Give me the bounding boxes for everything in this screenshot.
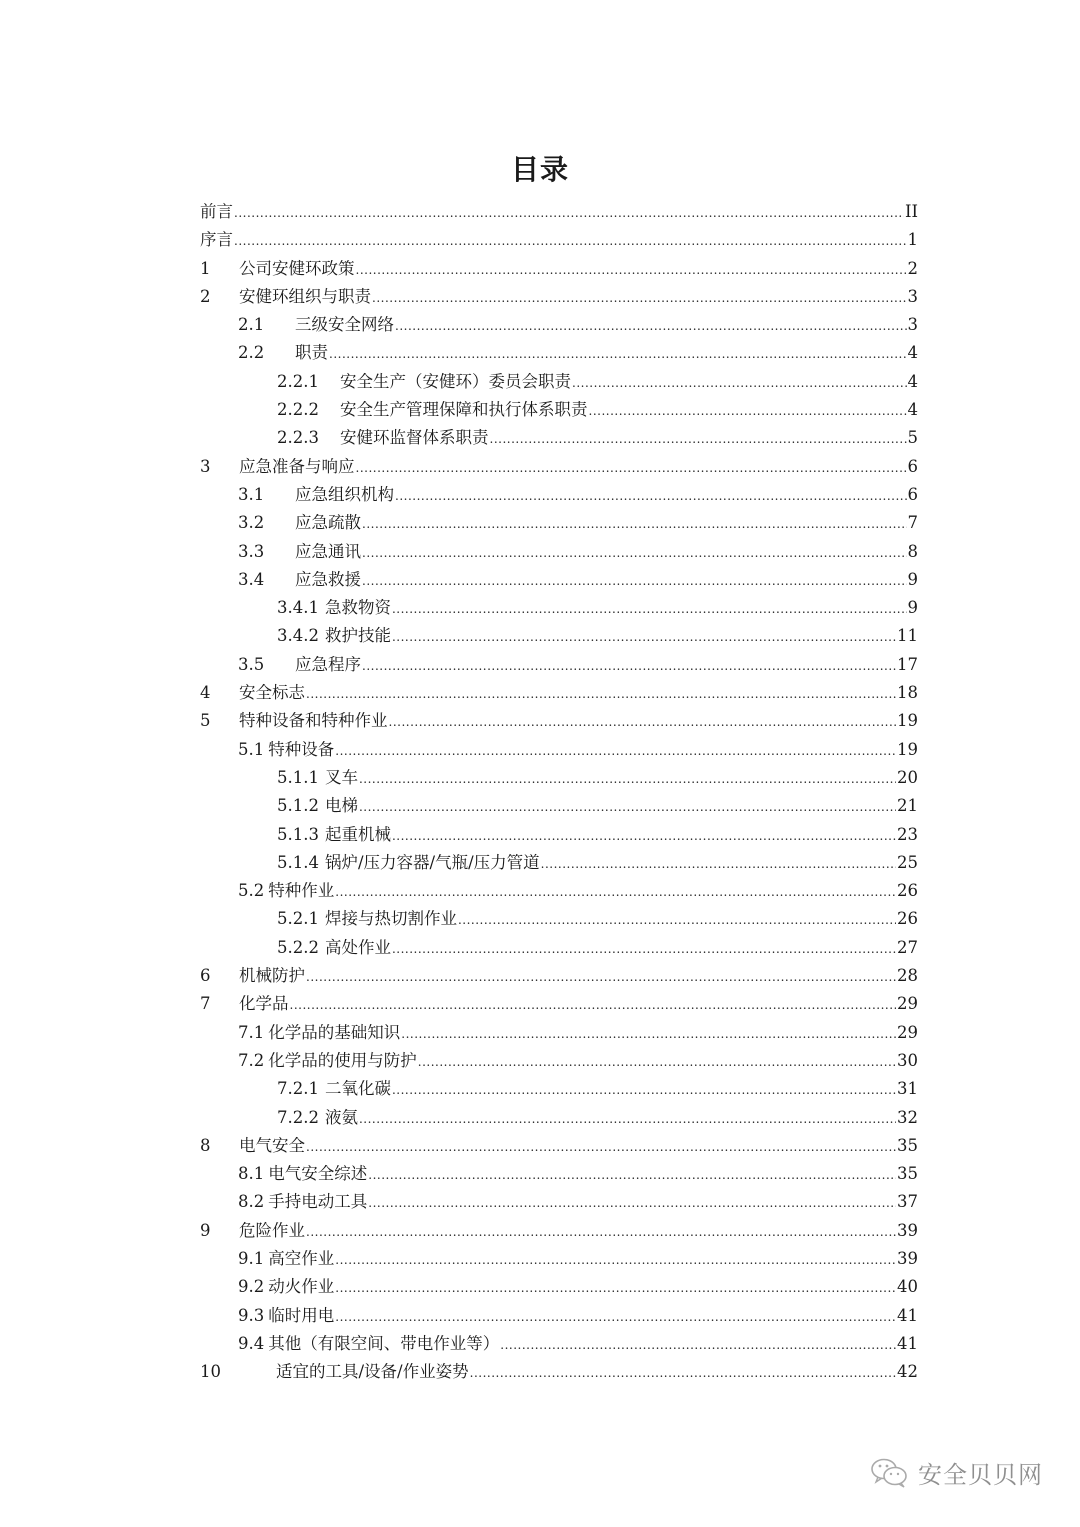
section-number: 7.2.1 — [277, 1079, 319, 1098]
toc-entry[interactable]: 2.2.2安全生产管理保障和执行体系职责4 — [200, 396, 918, 424]
dot-leader — [490, 428, 907, 447]
dot-leader — [401, 1023, 896, 1042]
section-title: 液氨 — [325, 1104, 358, 1128]
toc-entry[interactable]: 5特种设备和特种作业19 — [200, 707, 918, 735]
dot-leader — [306, 1221, 896, 1240]
section-title: 安全生产管理保障和执行体系职责 — [340, 396, 588, 420]
section-title: 电梯 — [325, 792, 358, 816]
page-number: 9 — [908, 570, 919, 589]
section-number: 2.2 — [238, 343, 295, 362]
dot-leader — [392, 825, 896, 844]
toc-entry[interactable]: 7.2.1二氧化碳31 — [200, 1075, 918, 1103]
section-number: 9.4 — [238, 1334, 264, 1353]
section-title: 应急准备与响应 — [239, 453, 355, 477]
section-number: 3.4.1 — [277, 598, 319, 617]
section-title: 起重机械 — [325, 821, 391, 845]
section-title: 安健环监督体系职责 — [340, 424, 489, 448]
page-number: 21 — [897, 796, 918, 815]
toc-entry[interactable]: 3应急准备与响应6 — [200, 453, 918, 481]
dot-leader — [392, 938, 896, 957]
page-number: 9 — [908, 598, 919, 617]
page-number: 26 — [897, 909, 918, 928]
section-title: 叉车 — [325, 764, 358, 788]
table-of-contents: 前言II序言11公司安健环政策22安健环组织与职责32.1三级安全网络32.2职… — [200, 198, 918, 1386]
toc-entry[interactable]: 3.5应急程序17 — [200, 651, 918, 679]
dot-leader — [572, 372, 907, 391]
toc-entry[interactable]: 3.3应急通讯8 — [200, 538, 918, 566]
toc-entry[interactable]: 2安健环组织与职责3 — [200, 283, 918, 311]
section-title: 化学品的基础知识 — [268, 1019, 400, 1043]
toc-entry[interactable]: 5.1.3起重机械23 — [200, 821, 918, 849]
toc-entry[interactable]: 7.1化学品的基础知识29 — [200, 1019, 918, 1047]
section-title: 应急程序 — [295, 651, 361, 675]
page-number: 3 — [908, 315, 919, 334]
watermark-text: 安全贝贝网 — [918, 1455, 1043, 1490]
wechat-icon — [870, 1457, 910, 1489]
page-number: 4 — [908, 372, 919, 391]
section-title: 危险作业 — [239, 1217, 305, 1241]
page-number: 35 — [897, 1164, 918, 1183]
dot-leader — [500, 1334, 896, 1353]
section-title: 电气安全 — [239, 1132, 305, 1156]
page-number: II — [905, 202, 918, 221]
section-title: 其他（有限空间、带电作业等） — [268, 1330, 499, 1354]
toc-entry[interactable]: 9.2动火作业40 — [200, 1273, 918, 1301]
section-number: 3.4 — [238, 570, 295, 589]
toc-entry[interactable]: 6机械防护28 — [200, 962, 918, 990]
page-number: 7 — [908, 513, 919, 532]
dot-leader — [356, 457, 907, 476]
page-number: 2 — [908, 259, 919, 278]
page-number: 1 — [908, 230, 919, 249]
section-number: 3 — [200, 457, 239, 476]
section-title: 化学品的使用与防护 — [268, 1047, 417, 1071]
page-number: 5 — [908, 428, 919, 447]
section-number: 9.3 — [238, 1306, 264, 1325]
page-title: 目录 — [0, 148, 1080, 188]
page-number: 25 — [897, 853, 918, 872]
section-number: 7.1 — [238, 1023, 264, 1042]
dot-leader — [335, 881, 896, 900]
page-number: 30 — [897, 1051, 918, 1070]
section-title: 电气安全综述 — [268, 1160, 367, 1184]
page-number: 17 — [897, 655, 918, 674]
dot-leader — [541, 853, 896, 872]
dot-leader — [392, 598, 907, 617]
section-title: 三级安全网络 — [295, 311, 394, 335]
page-number: 42 — [897, 1362, 918, 1381]
section-number: 1 — [200, 259, 239, 278]
section-title: 急救物资 — [325, 594, 391, 618]
section-number: 2.2.3 — [277, 428, 340, 447]
section-number: 2.1 — [238, 315, 295, 334]
section-number: 5.2.1 — [277, 909, 319, 928]
section-number: 9.2 — [238, 1277, 264, 1296]
page-number: 29 — [897, 994, 918, 1013]
dot-leader — [335, 1306, 896, 1325]
dot-leader — [359, 796, 896, 815]
page-number: 27 — [897, 938, 918, 957]
dot-leader — [306, 683, 896, 702]
watermark: 安全贝贝网 — [870, 1455, 1043, 1490]
section-title: 锅炉/压力容器/气瓶/压力管道 — [325, 849, 540, 873]
page-number: 31 — [897, 1079, 918, 1098]
section-number: 7.2.2 — [277, 1108, 319, 1127]
dot-leader — [329, 343, 907, 362]
page-number: 32 — [897, 1108, 918, 1127]
section-number: 3.2 — [238, 513, 295, 532]
page-number: 39 — [897, 1249, 918, 1268]
toc-entry[interactable]: 7化学品29 — [200, 990, 918, 1018]
dot-leader — [389, 711, 897, 730]
toc-entry[interactable]: 1公司安健环政策2 — [200, 255, 918, 283]
section-number: 9.1 — [238, 1249, 264, 1268]
section-number: 3.3 — [238, 542, 295, 561]
dot-leader — [335, 1277, 896, 1296]
dot-leader — [290, 994, 897, 1013]
section-title: 特种设备 — [268, 736, 334, 760]
section-title: 高处作业 — [325, 934, 391, 958]
dot-leader — [368, 1164, 896, 1183]
toc-entry[interactable]: 3.4应急救援9 — [200, 566, 918, 594]
dot-leader — [335, 1249, 896, 1268]
section-title: 应急救援 — [295, 566, 361, 590]
toc-entry[interactable]: 5.2.2高处作业27 — [200, 934, 918, 962]
toc-entry[interactable]: 9危险作业39 — [200, 1217, 918, 1245]
dot-leader — [372, 287, 907, 306]
dot-leader — [368, 1192, 896, 1211]
toc-entry[interactable]: 8.1电气安全综述35 — [200, 1160, 918, 1188]
section-title: 应急疏散 — [295, 509, 361, 533]
section-number: 4 — [200, 683, 239, 702]
section-title: 应急组织机构 — [295, 481, 394, 505]
section-title: 适宜的工具/设备/作业姿势 — [276, 1358, 469, 1382]
page-number: 6 — [908, 485, 919, 504]
page-number: 37 — [897, 1192, 918, 1211]
section-number: 5.1.4 — [277, 853, 319, 872]
section-title: 安健环组织与职责 — [239, 283, 371, 307]
section-title: 职责 — [295, 339, 328, 363]
toc-entry[interactable]: 前言II — [200, 198, 918, 226]
page-number: 23 — [897, 825, 918, 844]
section-number: 3.4.2 — [277, 626, 319, 645]
section-number: 5.2 — [238, 881, 264, 900]
toc-entry[interactable]: 2.2职责4 — [200, 339, 918, 367]
dot-leader — [362, 570, 907, 589]
toc-entry[interactable]: 序言1 — [200, 226, 918, 254]
toc-entry[interactable]: 5.1.2电梯21 — [200, 792, 918, 820]
toc-entry[interactable]: 5.1.4锅炉/压力容器/气瓶/压力管道25 — [200, 849, 918, 877]
dot-leader — [335, 740, 896, 759]
page-number: 18 — [897, 683, 918, 702]
dot-leader — [362, 655, 896, 674]
toc-entry[interactable]: 8.2手持电动工具37 — [200, 1188, 918, 1216]
toc-entry[interactable]: 8电气安全35 — [200, 1132, 918, 1160]
page-number: 39 — [897, 1221, 918, 1240]
section-title: 特种作业 — [268, 877, 334, 901]
dot-leader — [418, 1051, 896, 1070]
dot-leader — [470, 1362, 896, 1381]
toc-entry[interactable]: 9.3临时用电41 — [200, 1302, 918, 1330]
page-number: 19 — [897, 740, 918, 759]
dot-leader — [395, 485, 907, 504]
section-title: 公司安健环政策 — [239, 255, 355, 279]
section-title: 化学品 — [239, 990, 289, 1014]
toc-entry[interactable]: 10适宜的工具/设备/作业姿势42 — [200, 1358, 918, 1386]
page-number: 8 — [908, 542, 919, 561]
section-title: 焊接与热切割作业 — [325, 905, 457, 929]
page-number: 19 — [897, 711, 918, 730]
toc-entry[interactable]: 4安全标志18 — [200, 679, 918, 707]
page-number: 41 — [897, 1334, 918, 1353]
dot-leader — [458, 909, 896, 928]
section-number: 10 — [200, 1362, 276, 1381]
page-number: 29 — [897, 1023, 918, 1042]
section-title: 临时用电 — [268, 1302, 334, 1326]
toc-entry[interactable]: 3.2应急疏散7 — [200, 509, 918, 537]
section-number: 5 — [200, 711, 239, 730]
page-number: 4 — [908, 400, 919, 419]
section-title: 前言 — [200, 198, 233, 222]
section-number: 3.5 — [238, 655, 295, 674]
dot-leader — [306, 966, 896, 985]
section-number: 5.1.2 — [277, 796, 319, 815]
page-number: 35 — [897, 1136, 918, 1155]
page-number: 11 — [897, 626, 918, 645]
section-number: 5.1.1 — [277, 768, 319, 787]
page-number: 40 — [897, 1277, 918, 1296]
section-number: 5.1.3 — [277, 825, 319, 844]
section-number: 9 — [200, 1221, 239, 1240]
section-number: 7.2 — [238, 1051, 264, 1070]
toc-entry[interactable]: 5.2特种作业26 — [200, 877, 918, 905]
toc-entry[interactable]: 3.1应急组织机构6 — [200, 481, 918, 509]
dot-leader — [395, 315, 907, 334]
section-number: 2 — [200, 287, 239, 306]
section-number: 7 — [200, 994, 239, 1013]
section-title: 救护技能 — [325, 622, 391, 646]
section-title: 应急通讯 — [295, 538, 361, 562]
dot-leader — [306, 1136, 896, 1155]
toc-entry[interactable]: 9.1高空作业39 — [200, 1245, 918, 1273]
section-title: 序言 — [200, 226, 233, 250]
page-number: 4 — [908, 343, 919, 362]
toc-entry[interactable]: 2.2.3安健环监督体系职责5 — [200, 424, 918, 452]
page-number: 3 — [908, 287, 919, 306]
section-number: 5.2.2 — [277, 938, 319, 957]
section-number: 8 — [200, 1136, 239, 1155]
toc-entry[interactable]: 3.4.2救护技能11 — [200, 622, 918, 650]
section-number: 2.2.1 — [277, 372, 340, 391]
section-title: 安全生产（安健环）委员会职责 — [340, 368, 571, 392]
toc-entry[interactable]: 2.1三级安全网络3 — [200, 311, 918, 339]
page-number: 6 — [908, 457, 919, 476]
dot-leader — [362, 542, 907, 561]
section-number: 2.2.2 — [277, 400, 340, 419]
dot-leader — [589, 400, 907, 419]
dot-leader — [356, 259, 907, 278]
section-title: 高空作业 — [268, 1245, 334, 1269]
toc-entry[interactable]: 7.2.2液氨32 — [200, 1104, 918, 1132]
toc-entry[interactable]: 5.1特种设备19 — [200, 736, 918, 764]
toc-entry[interactable]: 5.1.1叉车20 — [200, 764, 918, 792]
page-number: 26 — [897, 881, 918, 900]
section-title: 手持电动工具 — [268, 1188, 367, 1212]
section-number: 8.2 — [238, 1192, 264, 1211]
toc-entry[interactable]: 9.4其他（有限空间、带电作业等）41 — [200, 1330, 918, 1358]
page-number: 41 — [897, 1306, 918, 1325]
section-title: 二氧化碳 — [325, 1075, 391, 1099]
dot-leader — [359, 1108, 896, 1127]
toc-entry[interactable]: 7.2化学品的使用与防护30 — [200, 1047, 918, 1075]
dot-leader — [392, 626, 896, 645]
dot-leader — [359, 768, 896, 787]
section-number: 5.1 — [238, 740, 264, 759]
section-title: 安全标志 — [239, 679, 305, 703]
section-number: 8.1 — [238, 1164, 264, 1183]
dot-leader — [392, 1079, 896, 1098]
section-title: 机械防护 — [239, 962, 305, 986]
page-number: 28 — [897, 966, 918, 985]
page-number: 20 — [897, 768, 918, 787]
toc-entry[interactable]: 2.2.1安全生产（安健环）委员会职责4 — [200, 368, 918, 396]
section-number: 3.1 — [238, 485, 295, 504]
section-number: 6 — [200, 966, 239, 985]
dot-leader — [234, 230, 907, 249]
toc-entry[interactable]: 5.2.1焊接与热切割作业26 — [200, 905, 918, 933]
section-title: 特种设备和特种作业 — [239, 707, 388, 731]
dot-leader — [362, 513, 907, 532]
dot-leader — [234, 202, 904, 221]
toc-entry[interactable]: 3.4.1急救物资9 — [200, 594, 918, 622]
section-title: 动火作业 — [268, 1273, 334, 1297]
